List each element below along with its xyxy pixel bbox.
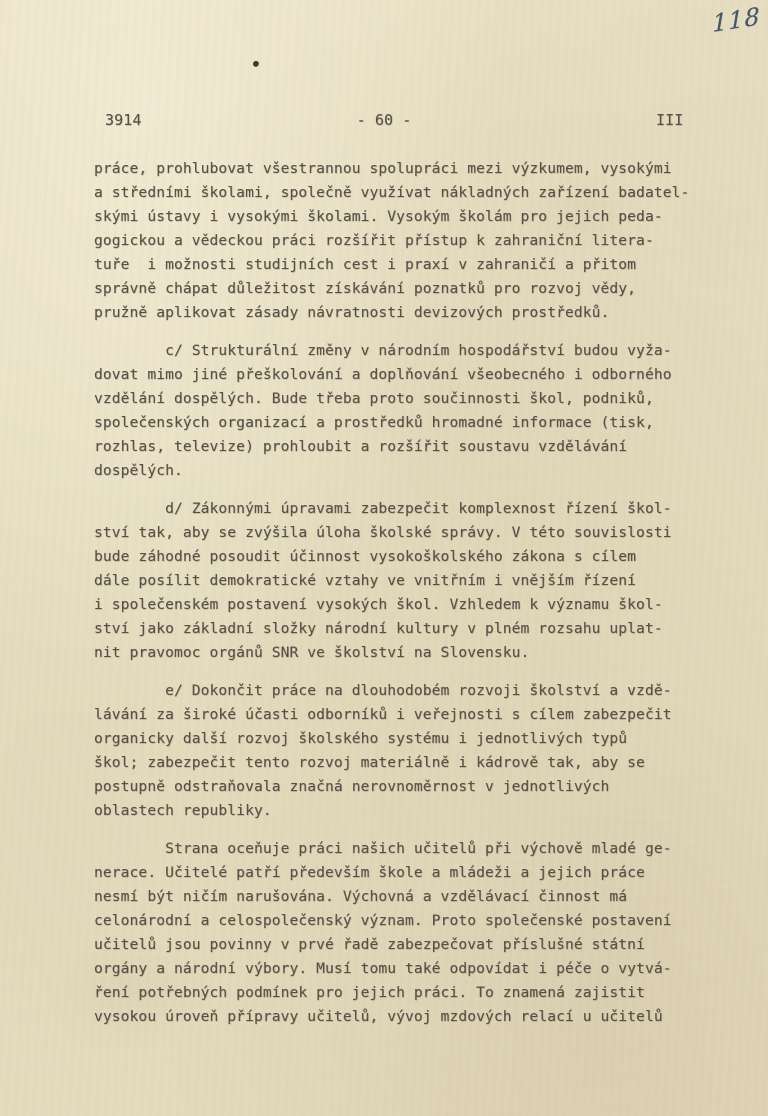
- paragraph: e/ Dokončit práce na dlouhodobém rozvoji…: [94, 679, 734, 823]
- paragraph: Strana oceňuje práci našich učitelů při …: [94, 837, 734, 1029]
- header-page-number: - 60 -: [0, 111, 768, 129]
- paragraph: d/ Zákonnými úpravami zabezpečit komplex…: [94, 497, 734, 665]
- paragraph: práce, prohlubovat všestrannou spoluprác…: [94, 157, 734, 325]
- paragraph: c/ Strukturální změny v národním hospodá…: [94, 339, 734, 483]
- document-body: práce, prohlubovat všestrannou spoluprác…: [94, 157, 734, 1043]
- page-header: 3914 - 60 - III: [0, 111, 768, 135]
- handwritten-page-number: 118: [712, 2, 761, 38]
- scanned-document-page: 118 3914 - 60 - III práce, prohlubovat v…: [0, 0, 768, 1116]
- header-section-numeral: III: [656, 111, 683, 129]
- paper-speck: [253, 61, 259, 67]
